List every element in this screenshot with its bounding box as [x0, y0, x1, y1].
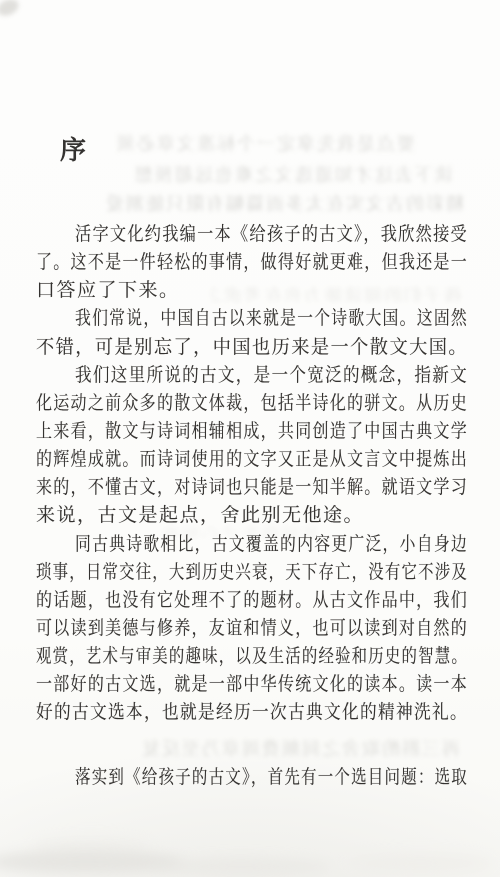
scanned-book-page: 要点是我先拿定一个标准文章必须好 读下去这才知道选文之难也远超预想 精彩的古文实…: [0, 0, 500, 877]
text-line: 了。这不是一件轻松的事情，做得好就更难，但我还是一: [36, 249, 468, 277]
text-line: 来的，不懂古文，对诗词也只能是一知半解。就语文学习: [36, 474, 468, 502]
text-line: 好的古文选本，也就是经历一次古典文化的精神洗礼。: [36, 699, 468, 727]
text-line: 不错，可是别忘了，中国也历来是一个散文大国。: [36, 334, 468, 362]
bleed-through-line: 精彩的古文实在太多而篇幅有限只能割爱: [74, 194, 464, 214]
text-line: 化运动之前众多的散文体裁，包括半诗化的骈文。从历史: [36, 390, 468, 418]
text-line: 来说，古文是起点，舍此别无他途。: [36, 502, 468, 530]
text-line: 的辉煌成就。而诗词使用的文字又正是从文言文中提炼出: [36, 446, 468, 474]
text-line: 上来看，散文与诗词相辅相成，共同创造了中国古典文学: [36, 418, 468, 446]
text-line: 观赏，艺术与审美的趣味，以及生活的经验和历史的智慧。: [36, 643, 468, 671]
text-line: 可以读到美德与修养，友谊和情义，也可以读到对自然的: [36, 615, 468, 643]
text-line: 口答应了下来。: [36, 277, 468, 305]
scan-corner-smudge: [0, 0, 21, 19]
scan-bottom-stain: [148, 858, 333, 875]
bleed-through-line: 读下去这才知道选文之难也远超预想: [78, 165, 453, 185]
scan-bottom-stain: [0, 850, 183, 874]
text-line: 我们常说，中国自古以来就是一个诗歌大国。这固然: [36, 305, 468, 333]
scan-bottom-stain: [30, 838, 150, 854]
text-line: 落实到《给孩子的古文》，首先有一个选目问题：选取: [36, 764, 468, 792]
scan-bottom-stain: [345, 854, 495, 873]
text-line: 活字文化约我编一本《给孩子的古文》，我欣然接受: [36, 221, 468, 249]
text-line: 一部好的古文选，就是一部中华传统文化的读本。读一本: [36, 671, 468, 699]
page-title: 序: [60, 130, 88, 167]
text-line: 同古典诗歌相比，古文覆盖的内容更广泛，小自身边: [36, 531, 468, 559]
text-column: 活字文化约我编一本《给孩子的古文》，我欣然接受了。这不是一件轻松的事情，做得好就…: [36, 221, 468, 792]
text-line: 我们这里所说的古文，是一个宽泛的概念，指新文: [36, 362, 468, 390]
text-line: 的话题，也没有它处理不了的题材。从古文作品中，我们: [36, 587, 468, 615]
text-line: 琐事，日常交往，大到历史兴衰，天下存亡，没有它不涉及: [36, 559, 468, 587]
bleed-through-line: 要点是我先拿定一个标准文章必须好: [115, 134, 415, 154]
